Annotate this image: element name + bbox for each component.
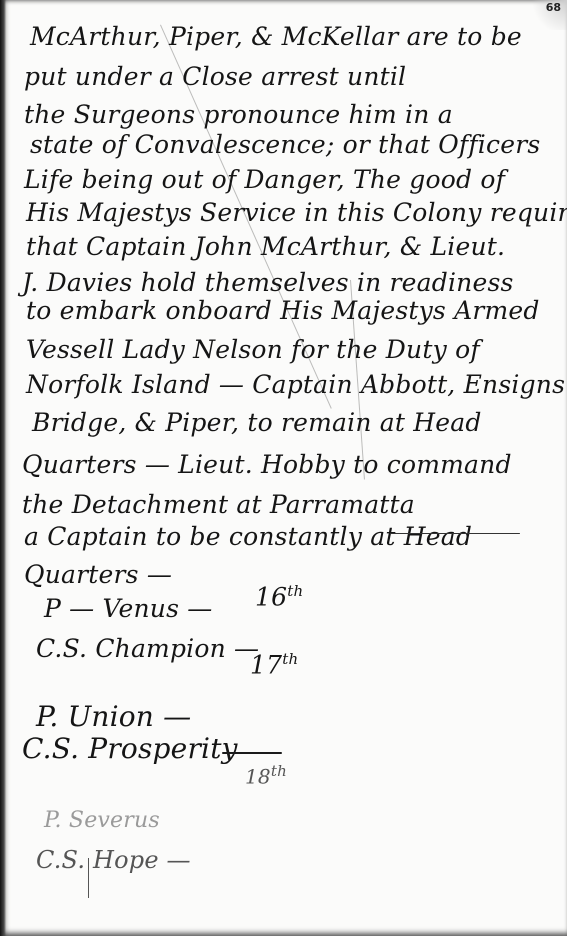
- parole-date: 16th: [255, 582, 303, 611]
- text-line: to embark onboard His Majestys Armed: [26, 296, 540, 325]
- text-line: the Surgeons pronounce him in a: [24, 100, 453, 129]
- parole-label: P — Venus —: [44, 594, 212, 623]
- parole-label: P. Union —: [36, 700, 191, 733]
- parole-entry: C.S. Prosperity: [22, 732, 238, 765]
- parole-date: 17th: [250, 650, 298, 679]
- text-line: Quarters — Lieut. Hobby to command: [22, 450, 512, 479]
- text-line: J. Davies hold themselves in readiness: [22, 268, 514, 297]
- parole-entry: P — Venus —: [44, 594, 212, 623]
- text-line: the Detachment at Parramatta: [22, 490, 415, 519]
- text-line: McArthur, Piper, & McKellar are to be: [30, 22, 522, 51]
- text-line: Quarters —: [24, 560, 172, 589]
- text-line: Life being out of Danger, The good of: [24, 165, 505, 194]
- parole-entry: C.S. Champion —: [36, 634, 259, 663]
- margin-mark: [88, 858, 89, 898]
- text-line: that Captain John McArthur, & Lieut.: [26, 232, 505, 261]
- parole-entry: C.S. Hope —: [36, 846, 191, 874]
- manuscript-page: 68 McArthur, Piper, & McKellar are to be…: [0, 0, 567, 936]
- text-line: Bridge, & Piper, to remain at Head: [32, 408, 482, 437]
- page-number: 68: [546, 1, 561, 14]
- text-line: His Majestys Service in this Colony requ…: [26, 198, 567, 227]
- text-line: Norfolk Island — Captain Abbott, Ensigns: [26, 370, 565, 399]
- text-line: Vessell Lady Nelson for the Duty of: [26, 335, 480, 364]
- parole-label: C.S. Champion —: [36, 634, 259, 663]
- text-line: put under a Close arrest until: [24, 62, 406, 91]
- parole-date: 18th: [245, 762, 287, 789]
- underline-flourish: [222, 752, 282, 754]
- parole-entry-faint: P. Severus: [44, 808, 160, 833]
- parole-label: C.S. Hope —: [36, 846, 191, 874]
- text-line: a Captain to be constantly at Head: [24, 522, 472, 551]
- text-line: state of Convalescence; or that Officers: [30, 130, 540, 159]
- underline-flourish: [390, 533, 520, 534]
- parole-label: C.S. Prosperity: [22, 732, 238, 765]
- parole-label: P. Severus: [44, 808, 160, 833]
- parole-entry: P. Union —: [36, 700, 191, 733]
